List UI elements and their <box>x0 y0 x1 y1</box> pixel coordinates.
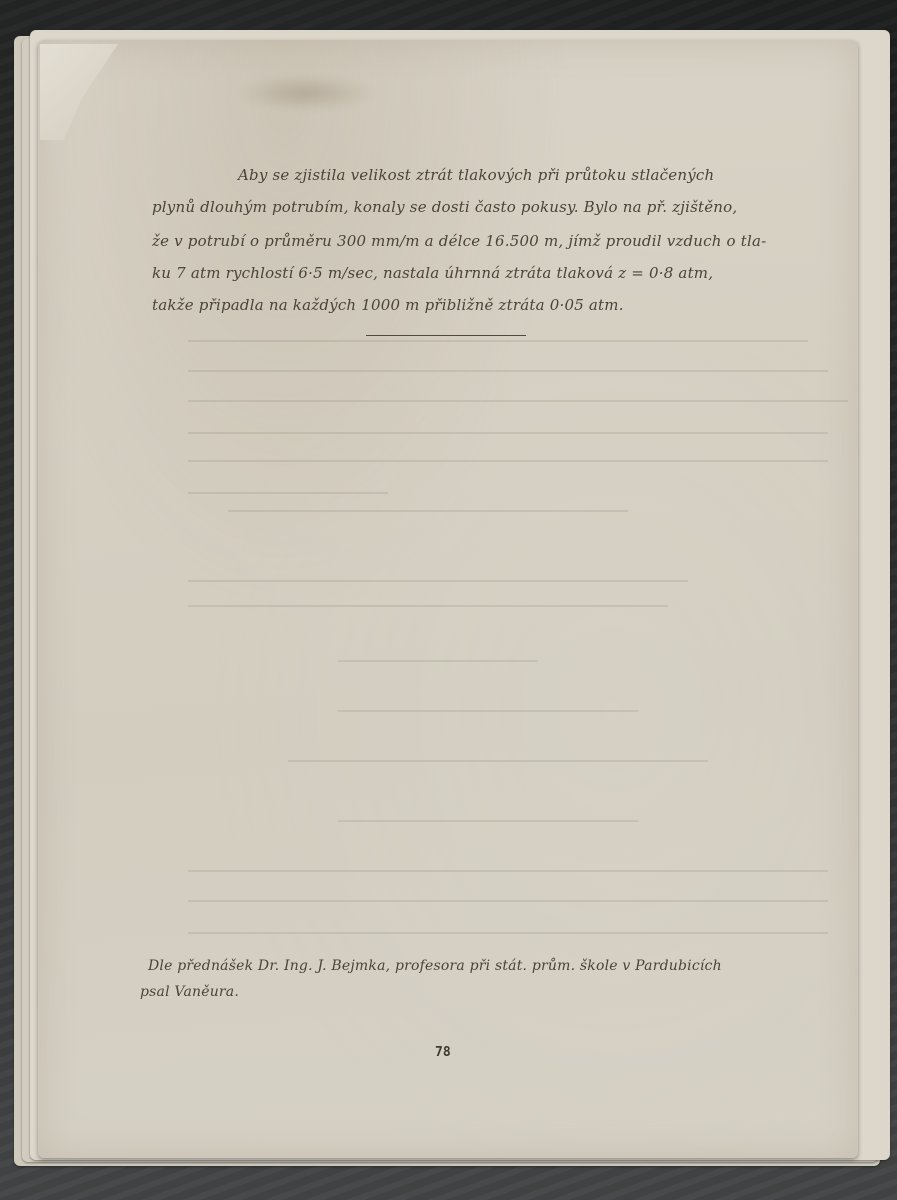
body-line: že v potrubí o průměru 300 mm/m a délce … <box>152 232 766 250</box>
stain-mark <box>236 74 376 112</box>
body-line: ku 7 atm rychlostí 6·5 m/sec, nastala úh… <box>152 264 713 282</box>
footer-line: Dle přednášek Dr. Ing. J. Bejmka, profes… <box>148 958 722 974</box>
footer-line: psal Vaněura. <box>140 984 239 1000</box>
body-line: plynů dlouhým potrubím, konaly se dosti … <box>152 198 737 216</box>
body-line: Aby se zjistila velikost ztrát tlakových… <box>238 166 714 184</box>
body-line: takže připadla na každých 1000 m přibliž… <box>152 296 624 314</box>
page-number: 78 <box>435 1045 451 1060</box>
section-divider <box>366 335 526 336</box>
